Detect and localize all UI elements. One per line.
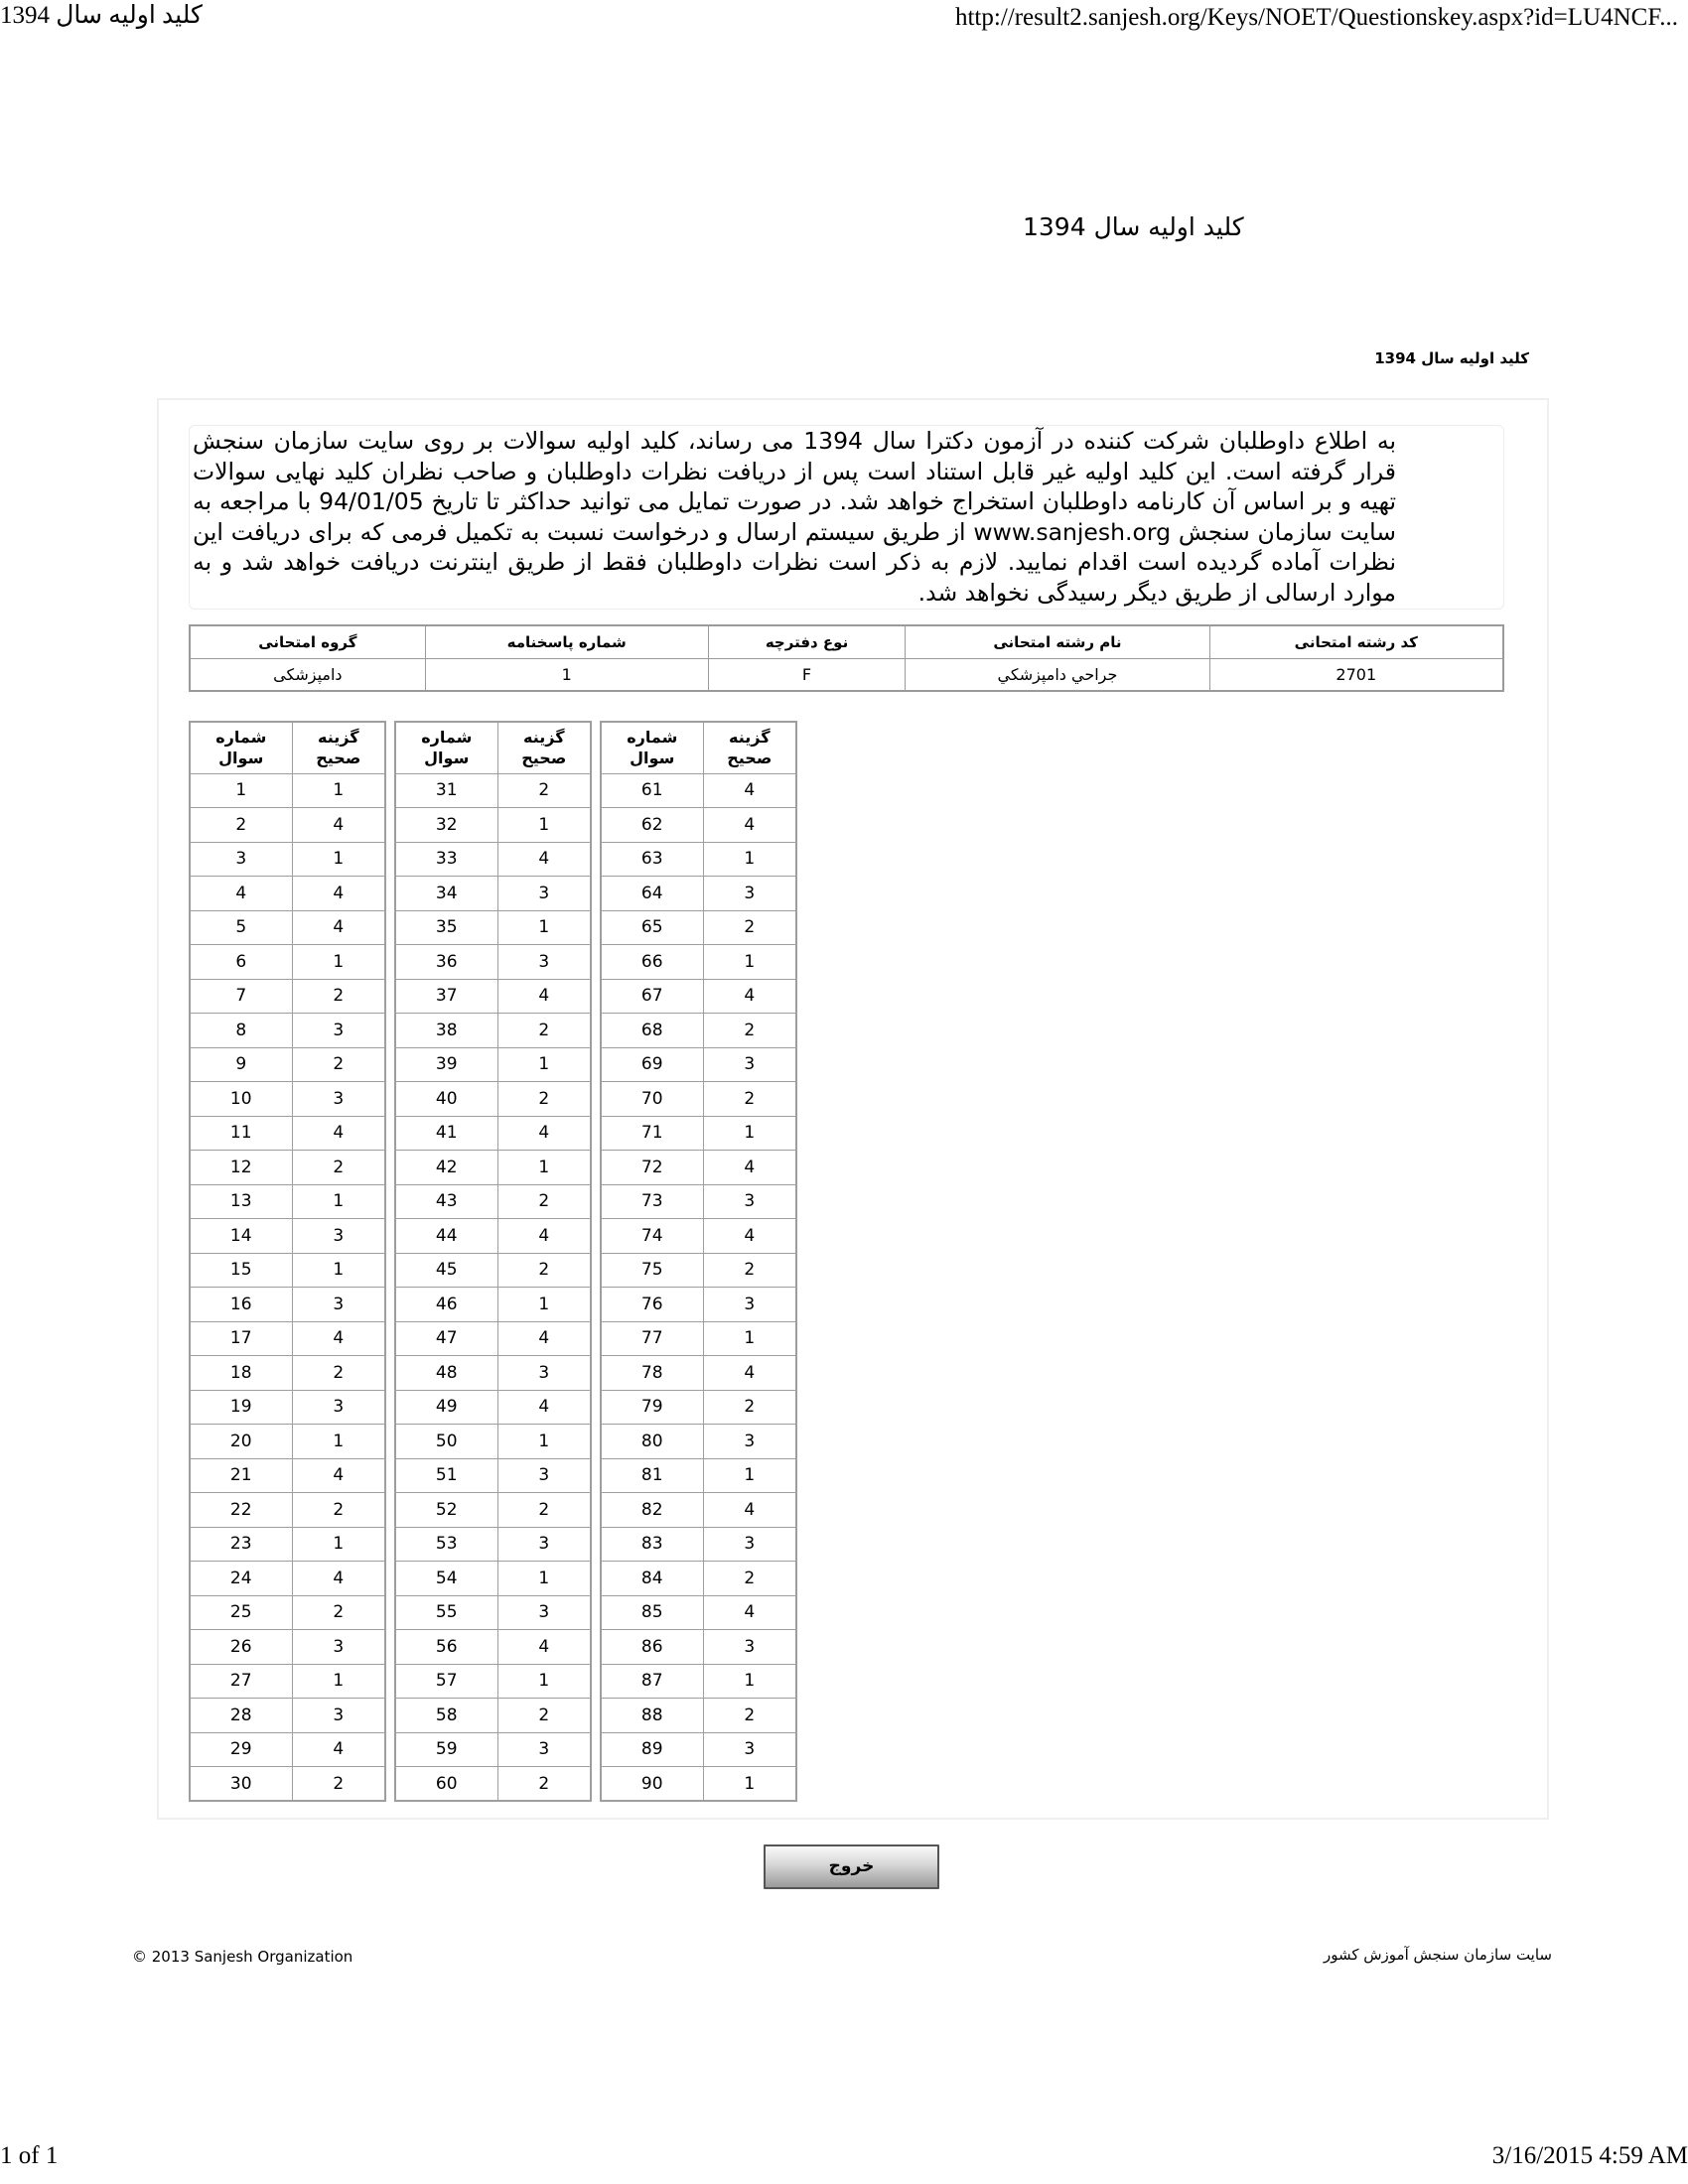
correct-option: 1 [292, 1425, 385, 1459]
table-row: 682 [601, 1014, 796, 1048]
question-number: 86 [601, 1630, 703, 1665]
table-row: 501 [395, 1425, 591, 1459]
correct-option: 2 [292, 1493, 385, 1528]
question-number: 2 [190, 808, 292, 843]
header-exam-name: نام رشته امتحانی [906, 625, 1209, 658]
question-number: 1 [190, 773, 292, 808]
question-number: 49 [395, 1390, 497, 1425]
answer-key-table: شمارهسوالگزینهصحیح1124314454617283921031… [189, 721, 386, 1802]
table-row: 842 [601, 1562, 796, 1596]
table-row: 693 [601, 1047, 796, 1082]
correct-option: 1 [703, 1458, 796, 1493]
table-row: 513 [395, 1458, 591, 1493]
correct-option: 3 [703, 1630, 796, 1665]
correct-option: 2 [703, 1253, 796, 1288]
table-row: 553 [395, 1595, 591, 1630]
header-correct-option: گزینهصحیح [703, 722, 796, 773]
question-number: 44 [395, 1219, 497, 1254]
table-row: 494 [395, 1390, 591, 1425]
table-row: 624 [601, 808, 796, 843]
question-number: 17 [190, 1321, 292, 1356]
question-number: 42 [395, 1151, 497, 1185]
correct-option: 2 [703, 1390, 796, 1425]
table-row: 593 [395, 1732, 591, 1767]
page-subtitle: کلید اولیه سال 1394 [1374, 349, 1529, 367]
table-row: 711 [601, 1116, 796, 1151]
question-number: 40 [395, 1082, 497, 1117]
table-row: 452 [395, 1253, 591, 1288]
exam-info-row: 2701 جراحي دامپزشكي F 1 دامپزشکی [190, 658, 1503, 691]
correct-option: 3 [497, 877, 591, 911]
correct-option: 2 [703, 1082, 796, 1117]
question-number: 50 [395, 1425, 497, 1459]
table-row: 724 [601, 1151, 796, 1185]
correct-option: 4 [292, 910, 385, 945]
question-number: 66 [601, 945, 703, 980]
question-number: 7 [190, 979, 292, 1014]
table-row: 421 [395, 1151, 591, 1185]
correct-option: 1 [703, 1321, 796, 1356]
correct-option: 4 [497, 1321, 591, 1356]
correct-option: 3 [292, 1219, 385, 1254]
question-number: 3 [190, 842, 292, 877]
correct-option: 1 [703, 842, 796, 877]
correct-option: 4 [703, 808, 796, 843]
exam-name: جراحي دامپزشكي [906, 658, 1209, 691]
table-row: 231 [190, 1527, 385, 1562]
print-timestamp: 3/16/2015 4:59 AM [1492, 2142, 1688, 2170]
table-row: 54 [190, 910, 385, 945]
table-row: 674 [601, 979, 796, 1014]
question-number: 65 [601, 910, 703, 945]
question-number: 6 [190, 945, 292, 980]
question-number: 39 [395, 1047, 497, 1082]
table-row: 792 [601, 1390, 796, 1425]
exam-group: دامپزشکی [190, 658, 425, 691]
table-row: 343 [395, 877, 591, 911]
header-answer-sheet-number: شماره پاسخنامه [425, 625, 708, 658]
table-row: 363 [395, 945, 591, 980]
table-row: 391 [395, 1047, 591, 1082]
table-row: 702 [601, 1082, 796, 1117]
question-number: 30 [190, 1767, 292, 1802]
question-number: 8 [190, 1014, 292, 1048]
question-number: 37 [395, 979, 497, 1014]
correct-option: 1 [497, 1151, 591, 1185]
question-number: 85 [601, 1595, 703, 1630]
table-row: 193 [190, 1390, 385, 1425]
table-row: 302 [190, 1767, 385, 1802]
correct-option: 2 [703, 1562, 796, 1596]
question-number: 36 [395, 945, 497, 980]
table-row: 784 [601, 1356, 796, 1391]
question-number: 73 [601, 1184, 703, 1219]
question-number: 76 [601, 1288, 703, 1322]
question-number: 23 [190, 1527, 292, 1562]
correct-option: 4 [703, 1356, 796, 1391]
table-row: 824 [601, 1493, 796, 1528]
correct-option: 4 [703, 979, 796, 1014]
table-row: 374 [395, 979, 591, 1014]
table-row: 294 [190, 1732, 385, 1767]
table-row: 72 [190, 979, 385, 1014]
table-row: 312 [395, 773, 591, 808]
table-row: 602 [395, 1767, 591, 1802]
question-number: 5 [190, 910, 292, 945]
table-row: 474 [395, 1321, 591, 1356]
question-number: 62 [601, 808, 703, 843]
table-row: 882 [601, 1699, 796, 1733]
correct-option: 3 [497, 1527, 591, 1562]
question-number: 90 [601, 1767, 703, 1802]
correct-option: 2 [497, 1082, 591, 1117]
question-number: 74 [601, 1219, 703, 1254]
table-row: 151 [190, 1253, 385, 1288]
table-row: 131 [190, 1184, 385, 1219]
question-number: 55 [395, 1595, 497, 1630]
table-row: 522 [395, 1493, 591, 1528]
table-row: 182 [190, 1356, 385, 1391]
question-number: 14 [190, 1219, 292, 1254]
answer-key-table: شمارهسوالگزینهصحیح6146246316436526616746… [600, 721, 797, 1802]
question-number: 82 [601, 1493, 703, 1528]
table-row: 271 [190, 1664, 385, 1699]
table-row: 83 [190, 1014, 385, 1048]
correct-option: 4 [292, 1562, 385, 1596]
table-row: 44 [190, 877, 385, 911]
correct-option: 3 [703, 877, 796, 911]
question-number: 13 [190, 1184, 292, 1219]
question-number: 75 [601, 1253, 703, 1288]
question-number: 84 [601, 1562, 703, 1596]
table-row: 402 [395, 1082, 591, 1117]
question-number: 43 [395, 1184, 497, 1219]
correct-option: 2 [497, 1184, 591, 1219]
correct-option: 2 [497, 1699, 591, 1733]
correct-option: 2 [292, 979, 385, 1014]
table-row: 752 [601, 1253, 796, 1288]
correct-option: 4 [497, 1219, 591, 1254]
correct-option: 2 [497, 1014, 591, 1048]
correct-option: 1 [292, 842, 385, 877]
correct-option: 3 [292, 1014, 385, 1048]
correct-option: 4 [703, 1595, 796, 1630]
correct-option: 2 [497, 773, 591, 808]
exam-info-header-row: کد رشته امتحانی نام رشته امتحانی نوع دفت… [190, 625, 1503, 658]
table-row: 122 [190, 1151, 385, 1185]
correct-option: 2 [703, 1014, 796, 1048]
table-row: 103 [190, 1082, 385, 1117]
correct-option: 4 [497, 1116, 591, 1151]
header-correct-option: گزینهصحیح [292, 722, 385, 773]
question-number: 10 [190, 1082, 292, 1117]
correct-option: 3 [292, 1082, 385, 1117]
correct-option: 1 [292, 1253, 385, 1288]
correct-option: 1 [292, 773, 385, 808]
correct-option: 3 [497, 1356, 591, 1391]
table-row: 614 [601, 773, 796, 808]
correct-option: 3 [703, 1425, 796, 1459]
header-question-number: شمارهسوال [395, 722, 497, 773]
question-number: 60 [395, 1767, 497, 1802]
question-number: 68 [601, 1014, 703, 1048]
question-number: 29 [190, 1732, 292, 1767]
correct-option: 1 [497, 910, 591, 945]
table-row: 763 [601, 1288, 796, 1322]
table-row: 582 [395, 1699, 591, 1733]
table-row: 533 [395, 1527, 591, 1562]
question-number: 77 [601, 1321, 703, 1356]
correct-option: 4 [497, 842, 591, 877]
header-correct-option: گزینهصحیح [497, 722, 591, 773]
table-row: 283 [190, 1699, 385, 1733]
question-number: 64 [601, 877, 703, 911]
table-row: 432 [395, 1184, 591, 1219]
question-number: 72 [601, 1151, 703, 1185]
correct-option: 3 [292, 1390, 385, 1425]
table-row: 263 [190, 1630, 385, 1665]
correct-option: 1 [703, 1767, 796, 1802]
page-title: کلید اولیه سال 1394 [1023, 212, 1244, 241]
correct-option: 3 [497, 945, 591, 980]
question-number: 26 [190, 1630, 292, 1665]
question-number: 48 [395, 1356, 497, 1391]
question-number: 22 [190, 1493, 292, 1528]
question-number: 35 [395, 910, 497, 945]
correct-option: 2 [292, 1595, 385, 1630]
print-header-url: http://result2.sanjesh.org/Keys/NOET/Que… [955, 2, 1678, 34]
correct-option: 3 [292, 1630, 385, 1665]
correct-option: 2 [703, 910, 796, 945]
table-row: 201 [190, 1425, 385, 1459]
question-number: 88 [601, 1699, 703, 1733]
question-number: 12 [190, 1151, 292, 1185]
answer-sheet-number: 1 [425, 658, 708, 691]
table-row: 92 [190, 1047, 385, 1082]
question-number: 46 [395, 1288, 497, 1322]
print-page-number: 1 of 1 [0, 2142, 58, 2170]
correct-option: 2 [497, 1493, 591, 1528]
header-question-number: شمارهسوال [601, 722, 703, 773]
correct-option: 2 [703, 1699, 796, 1733]
table-row: 11 [190, 773, 385, 808]
question-number: 69 [601, 1047, 703, 1082]
question-number: 38 [395, 1014, 497, 1048]
question-number: 32 [395, 808, 497, 843]
question-number: 18 [190, 1356, 292, 1391]
question-number: 56 [395, 1630, 497, 1665]
question-number: 31 [395, 773, 497, 808]
correct-option: 2 [497, 1767, 591, 1802]
correct-option: 2 [292, 1356, 385, 1391]
answer-key-header-row: شمارهسوالگزینهصحیح [395, 722, 591, 773]
exam-code: 2701 [1209, 658, 1503, 691]
table-row: 382 [395, 1014, 591, 1048]
table-row: 114 [190, 1116, 385, 1151]
question-number: 19 [190, 1390, 292, 1425]
correct-option: 3 [292, 1699, 385, 1733]
correct-option: 4 [497, 1390, 591, 1425]
table-row: 863 [601, 1630, 796, 1665]
correct-option: 3 [292, 1288, 385, 1322]
booklet-type: F [708, 658, 906, 691]
correct-option: 2 [292, 1047, 385, 1082]
correct-option: 4 [497, 1630, 591, 1665]
exam-info-table: کد رشته امتحانی نام رشته امتحانی نوع دفت… [189, 624, 1504, 692]
table-row: 854 [601, 1595, 796, 1630]
correct-option: 4 [292, 808, 385, 843]
copyright: © 2013 Sanjesh Organization [132, 1948, 352, 1966]
question-number: 21 [190, 1458, 292, 1493]
correct-option: 1 [497, 808, 591, 843]
correct-option: 4 [703, 1151, 796, 1185]
exit-button[interactable]: خروج [764, 1844, 939, 1889]
table-row: 733 [601, 1184, 796, 1219]
correct-option: 2 [292, 1767, 385, 1802]
question-number: 41 [395, 1116, 497, 1151]
table-row: 444 [395, 1219, 591, 1254]
correct-option: 3 [497, 1458, 591, 1493]
notice-text: به اطلاع داوطلبان شرکت کننده در آزمون دک… [190, 426, 1396, 608]
question-number: 89 [601, 1732, 703, 1767]
correct-option: 4 [292, 1458, 385, 1493]
question-number: 11 [190, 1116, 292, 1151]
table-row: 174 [190, 1321, 385, 1356]
correct-option: 3 [703, 1047, 796, 1082]
question-number: 57 [395, 1664, 497, 1699]
question-number: 53 [395, 1527, 497, 1562]
table-row: 833 [601, 1527, 796, 1562]
correct-option: 4 [703, 1493, 796, 1528]
table-row: 31 [190, 842, 385, 877]
correct-option: 1 [497, 1047, 591, 1082]
question-number: 59 [395, 1732, 497, 1767]
correct-option: 1 [497, 1664, 591, 1699]
question-number: 25 [190, 1595, 292, 1630]
table-row: 351 [395, 910, 591, 945]
correct-option: 3 [497, 1595, 591, 1630]
correct-option: 1 [292, 1184, 385, 1219]
answer-key-table: شمارهسوالگزینهصحیح3123213343433513633743… [394, 721, 592, 1802]
question-number: 61 [601, 773, 703, 808]
answer-key-header-row: شمارهسوالگزینهصحیح [601, 722, 796, 773]
correct-option: 1 [497, 1562, 591, 1596]
question-number: 27 [190, 1664, 292, 1699]
table-row: 744 [601, 1219, 796, 1254]
table-row: 652 [601, 910, 796, 945]
correct-option: 3 [703, 1184, 796, 1219]
table-row: 631 [601, 842, 796, 877]
question-number: 4 [190, 877, 292, 911]
correct-option: 3 [703, 1732, 796, 1767]
table-row: 571 [395, 1664, 591, 1699]
table-row: 483 [395, 1356, 591, 1391]
correct-option: 1 [703, 945, 796, 980]
print-header-title: کلید اولیه سال 1394 [0, 0, 203, 32]
question-number: 83 [601, 1527, 703, 1562]
question-number: 58 [395, 1699, 497, 1733]
question-number: 45 [395, 1253, 497, 1288]
question-number: 63 [601, 842, 703, 877]
correct-option: 3 [703, 1288, 796, 1322]
table-row: 564 [395, 1630, 591, 1665]
table-row: 414 [395, 1116, 591, 1151]
table-row: 461 [395, 1288, 591, 1322]
question-number: 70 [601, 1082, 703, 1117]
table-row: 771 [601, 1321, 796, 1356]
table-row: 222 [190, 1493, 385, 1528]
question-number: 28 [190, 1699, 292, 1733]
answer-key-tables: شمارهسوالگزینهصحیح1124314454617283921031… [189, 721, 797, 1802]
question-number: 16 [190, 1288, 292, 1322]
question-number: 51 [395, 1458, 497, 1493]
correct-option: 1 [292, 1664, 385, 1699]
correct-option: 4 [703, 1219, 796, 1254]
header-exam-code: کد رشته امتحانی [1209, 625, 1503, 658]
table-row: 214 [190, 1458, 385, 1493]
question-number: 24 [190, 1562, 292, 1596]
question-number: 81 [601, 1458, 703, 1493]
question-number: 9 [190, 1047, 292, 1082]
question-number: 71 [601, 1116, 703, 1151]
table-row: 643 [601, 877, 796, 911]
table-row: 252 [190, 1595, 385, 1630]
correct-option: 4 [497, 979, 591, 1014]
table-row: 334 [395, 842, 591, 877]
table-row: 24 [190, 808, 385, 843]
table-row: 321 [395, 808, 591, 843]
correct-option: 2 [292, 1151, 385, 1185]
question-number: 87 [601, 1664, 703, 1699]
question-number: 20 [190, 1425, 292, 1459]
correct-option: 4 [292, 1732, 385, 1767]
correct-option: 1 [703, 1116, 796, 1151]
correct-option: 4 [292, 1116, 385, 1151]
table-row: 244 [190, 1562, 385, 1596]
correct-option: 4 [703, 773, 796, 808]
table-row: 871 [601, 1664, 796, 1699]
question-number: 78 [601, 1356, 703, 1391]
question-number: 52 [395, 1493, 497, 1528]
notice-box: به اطلاع داوطلبان شرکت کننده در آزمون دک… [189, 425, 1504, 610]
answer-key-header-row: شمارهسوالگزینهصحیح [190, 722, 385, 773]
table-row: 143 [190, 1219, 385, 1254]
correct-option: 1 [292, 945, 385, 980]
question-number: 80 [601, 1425, 703, 1459]
question-number: 67 [601, 979, 703, 1014]
question-number: 47 [395, 1321, 497, 1356]
table-row: 901 [601, 1767, 796, 1802]
table-row: 163 [190, 1288, 385, 1322]
header-booklet-type: نوع دفترچه [708, 625, 906, 658]
table-row: 811 [601, 1458, 796, 1493]
question-number: 79 [601, 1390, 703, 1425]
table-row: 803 [601, 1425, 796, 1459]
correct-option: 3 [497, 1732, 591, 1767]
correct-option: 4 [292, 877, 385, 911]
correct-option: 1 [703, 1664, 796, 1699]
question-number: 33 [395, 842, 497, 877]
correct-option: 4 [292, 1321, 385, 1356]
site-name: سایت سازمان سنجش آموزش کشور [1324, 1946, 1552, 1964]
correct-option: 1 [292, 1527, 385, 1562]
question-number: 34 [395, 877, 497, 911]
table-row: 661 [601, 945, 796, 980]
question-number: 15 [190, 1253, 292, 1288]
table-row: 541 [395, 1562, 591, 1596]
header-exam-group: گروه امتحانی [190, 625, 425, 658]
correct-option: 1 [497, 1425, 591, 1459]
